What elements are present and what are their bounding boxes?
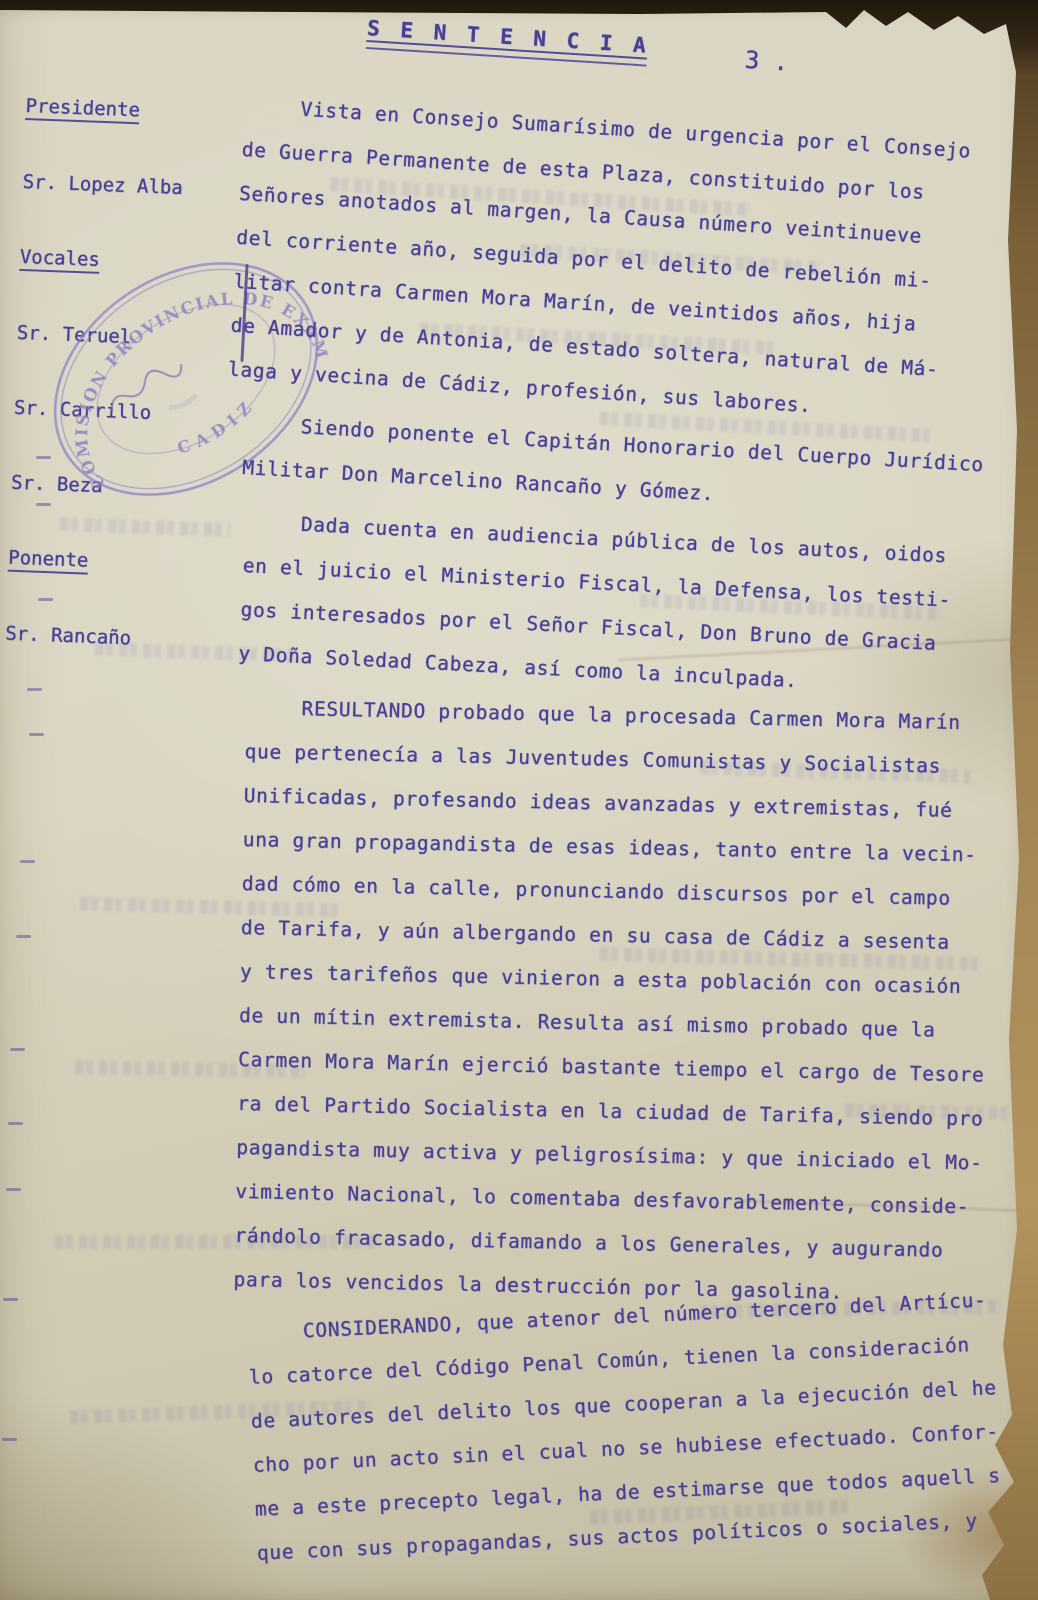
member-name: Sr. Lopez Alba (22, 170, 183, 201)
member-role: Ponente (8, 546, 169, 578)
document-header: S E N T E N C I A 3 . (366, 16, 790, 76)
margin-dash (2, 1438, 17, 1441)
margin-dash (27, 688, 42, 691)
sentence-body: Vista en Consejo Sumarísimo de urgencia … (246, 84, 1024, 1586)
photographed-document: S E N T E N C I A 3 . Presidente Sr. Lop… (0, 0, 1038, 1600)
margin-dash (36, 503, 51, 506)
margin-dash (10, 1048, 25, 1051)
stamp-smudge (169, 392, 197, 413)
member-name: Sr. Rancaño (5, 622, 166, 653)
paragraph-considerando: CONSIDERANDO, que atenor del número terc… (246, 1277, 1035, 1576)
margin-dash (38, 598, 53, 601)
margin-dash (36, 456, 51, 459)
margin-dash (8, 1122, 23, 1125)
margin-dash (16, 935, 31, 938)
document-page: S E N T E N C I A 3 . Presidente Sr. Lop… (0, 0, 1038, 1600)
document-title: S E N T E N C I A (366, 16, 650, 58)
paragraph-vista: Vista en Consejo Sumarísimo de urgencia … (227, 84, 1023, 440)
margin-dash (3, 1298, 18, 1301)
page-number: 3 . (744, 46, 789, 77)
margin-dash (6, 1188, 21, 1191)
member-role: Presidente (25, 94, 186, 126)
margin-dash (29, 733, 44, 736)
paragraph-dada-cuenta: Dada cuenta en audiencia pública de los … (237, 500, 1023, 714)
paragraph-resultando: RESULTANDO probado que la procesada Carm… (233, 686, 1024, 1318)
margin-dash (20, 860, 35, 863)
